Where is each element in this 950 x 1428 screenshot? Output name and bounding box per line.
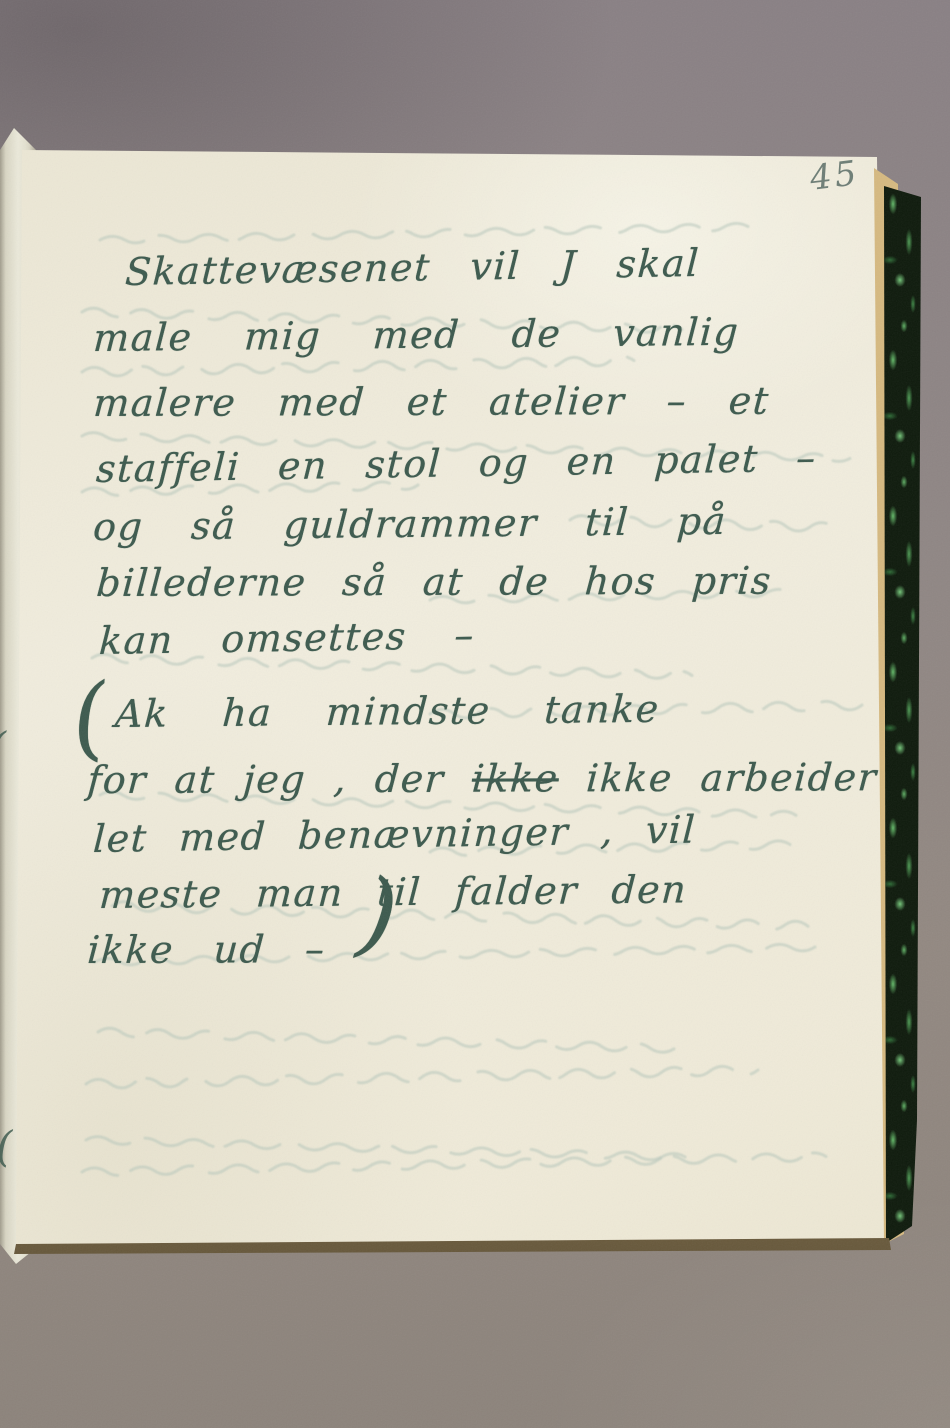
ink-line: billederne så at de hos pris <box>95 559 773 605</box>
margin-mark: ( <box>0 726 6 772</box>
ink-line: kan omsettes – <box>98 613 476 663</box>
page-number: 45 <box>808 153 862 199</box>
ink-line: for at jeg , der ikke ikke arbeider <box>86 755 879 802</box>
ink-line: ikke ud – <box>86 927 327 972</box>
ink-line: malere med et atelier – et <box>92 379 771 425</box>
margin-mark: ( <box>0 1126 12 1168</box>
ink-line: og så guldrammer til på <box>92 499 728 549</box>
strikethrough-word: ikke <box>471 756 561 800</box>
ink-line: Skattevæsenet vil J skal <box>124 241 701 294</box>
ink-line: male mig med de vanlig <box>92 310 741 360</box>
manuscript-photo: Skattevæsenet vil J skalmale mig med de … <box>0 0 950 1428</box>
ink-line: Ak ha mindste tanke <box>114 687 661 736</box>
